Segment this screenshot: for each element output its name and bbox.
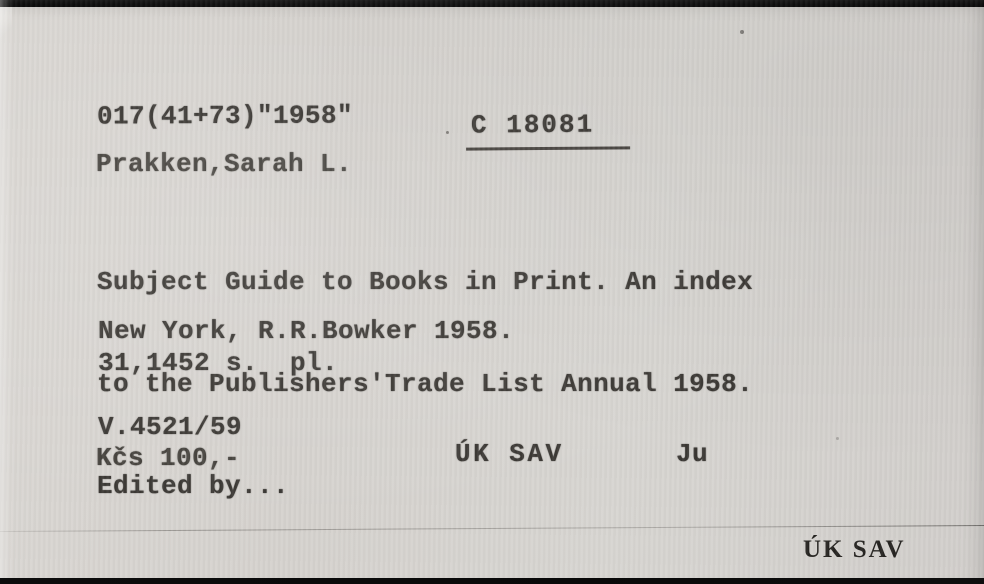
title-statement: Subject Guide to Books in Print. An inde… [97, 197, 753, 571]
paper-speck [740, 30, 744, 34]
scanner-bed-top-edge [0, 0, 984, 7]
imprint-statement: New York, R.R.Bowker 1958. [98, 314, 514, 348]
cataloguer-initials: Ju [676, 437, 708, 471]
scanner-bed-bottom-edge [0, 578, 984, 584]
paper-speck [836, 437, 839, 440]
catalog-card-scan: 017(41+73)"1958" C 18081 Prakken,Sarah L… [0, 0, 984, 584]
collation-statement: 31,1452 s. pl. [98, 346, 338, 380]
library-stamp-printed: ÚK SAV [803, 536, 906, 564]
card-corner-highlight [0, 7, 12, 41]
classification-number: 017(41+73)"1958" [97, 99, 353, 134]
price: Kčs 100,- [96, 441, 240, 475]
acquisition-number: V.4521/59 [98, 410, 242, 444]
title-line-1: Subject Guide to Books in Print. An inde… [97, 265, 753, 299]
library-stamp-typed: ÚK SAV [455, 437, 564, 471]
author-heading: Prakken,Sarah L. [96, 147, 352, 181]
paper-speck [446, 131, 449, 134]
accession-number: C 18081 [466, 107, 631, 150]
